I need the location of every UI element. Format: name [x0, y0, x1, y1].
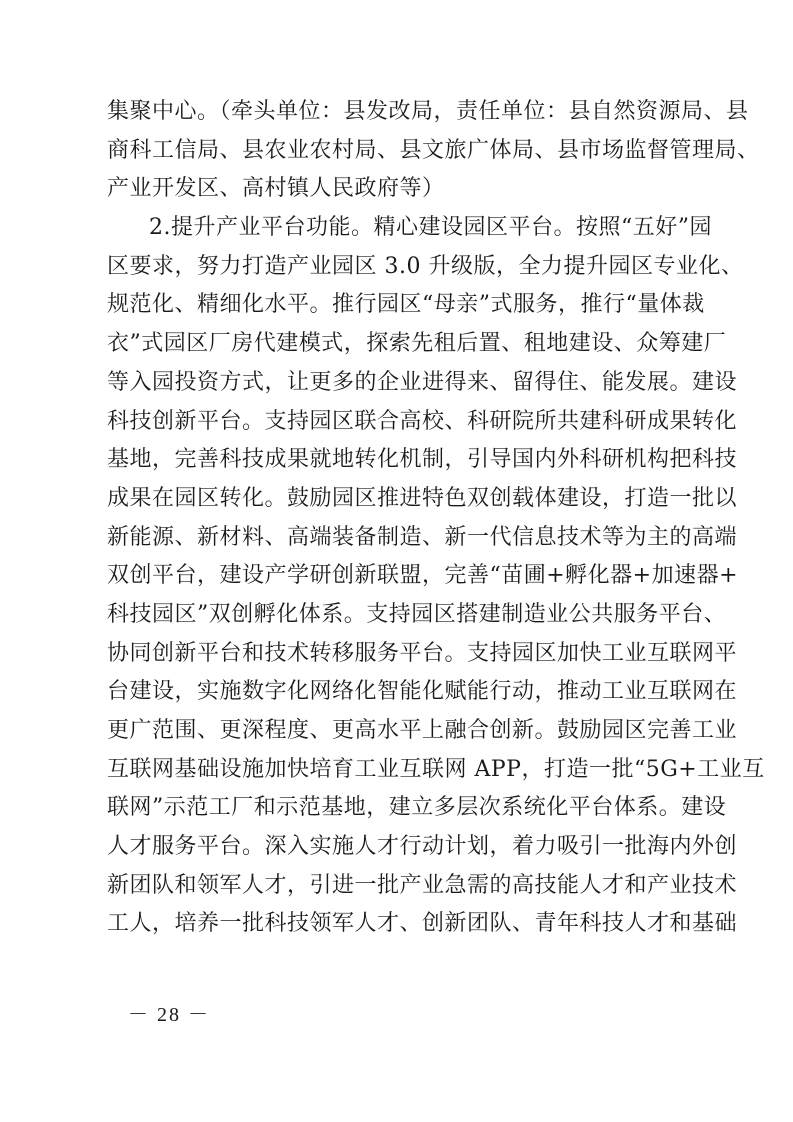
text-line: 规范化、精细化水平。推行园区“母亲”式服务，推行“量体裁: [107, 286, 697, 325]
text-line: 联网”示范工厂和示范基地，建立多层次系统化平台体系。建设: [107, 789, 697, 828]
text-line: 区要求，努力打造产业园区 3.0 升级版，全力提升园区专业化、: [107, 248, 697, 287]
text-line: 新能源、新材料、高端装备制造、新一代信息技术等为主的高端: [107, 519, 697, 558]
text-line: 更广范围、更深程度、更高水平上融合创新。鼓励园区完善工业: [107, 712, 697, 751]
text-line: 双创平台，建设产学研创新联盟，完善“苗圃+孵化器+加速器+: [107, 557, 697, 596]
text-line: 协同创新平台和技术转移服务平台。支持园区加快工业互联网平: [107, 635, 697, 674]
text-line: 科技园区”双创孵化体系。支持园区搭建制造业公共服务平台、: [107, 596, 697, 635]
document-page: 集聚中心。（牵头单位：县发改局，责任单位：县自然资源局、县 商科工信局、县农业农…: [0, 0, 793, 1122]
section-heading-line: 2.提升产业平台功能。精心建设园区平台。按照“五好”园: [107, 209, 697, 248]
text-line: 新团队和领军人才，引进一批产业急需的高技能人才和产业技术: [107, 867, 697, 906]
text-line: 产业开发区、高村镇人民政府等）: [107, 170, 697, 209]
body-text: 集聚中心。（牵头单位：县发改局，责任单位：县自然资源局、县 商科工信局、县农业农…: [107, 93, 697, 944]
text-line: 人才服务平台。深入实施人才行动计划，着力吸引一批海内外创: [107, 828, 697, 867]
text-line: 商科工信局、县农业农村局、县文旅广体局、县市场监督管理局、: [107, 132, 697, 171]
text-line: 台建设，实施数字化网络化智能化赋能行动，推动工业互联网在: [107, 673, 697, 712]
text-line: 衣”式园区厂房代建模式，探索先租后置、租地建设、众筹建厂: [107, 325, 697, 364]
text-line: 科技创新平台。支持园区联合高校、科研院所共建科研成果转化: [107, 403, 697, 442]
text-line: 等入园投资方式，让更多的企业进得来、留得住、能发展。建设: [107, 364, 697, 403]
text-line: 基地，完善科技成果就地转化机制，引导国内外科研机构把科技: [107, 441, 697, 480]
text-line: 互联网基础设施加快培育工业互联网 APP，打造一批“5G+工业互: [107, 751, 697, 790]
text-line: 工人，培养一批科技领军人才、创新团队、青年科技人才和基础: [107, 905, 697, 944]
page-number: － 28 －: [128, 998, 210, 1027]
text-line: 集聚中心。（牵头单位：县发改局，责任单位：县自然资源局、县: [107, 93, 697, 132]
text-line: 成果在园区转化。鼓励园区推进特色双创载体建设，打造一批以: [107, 480, 697, 519]
